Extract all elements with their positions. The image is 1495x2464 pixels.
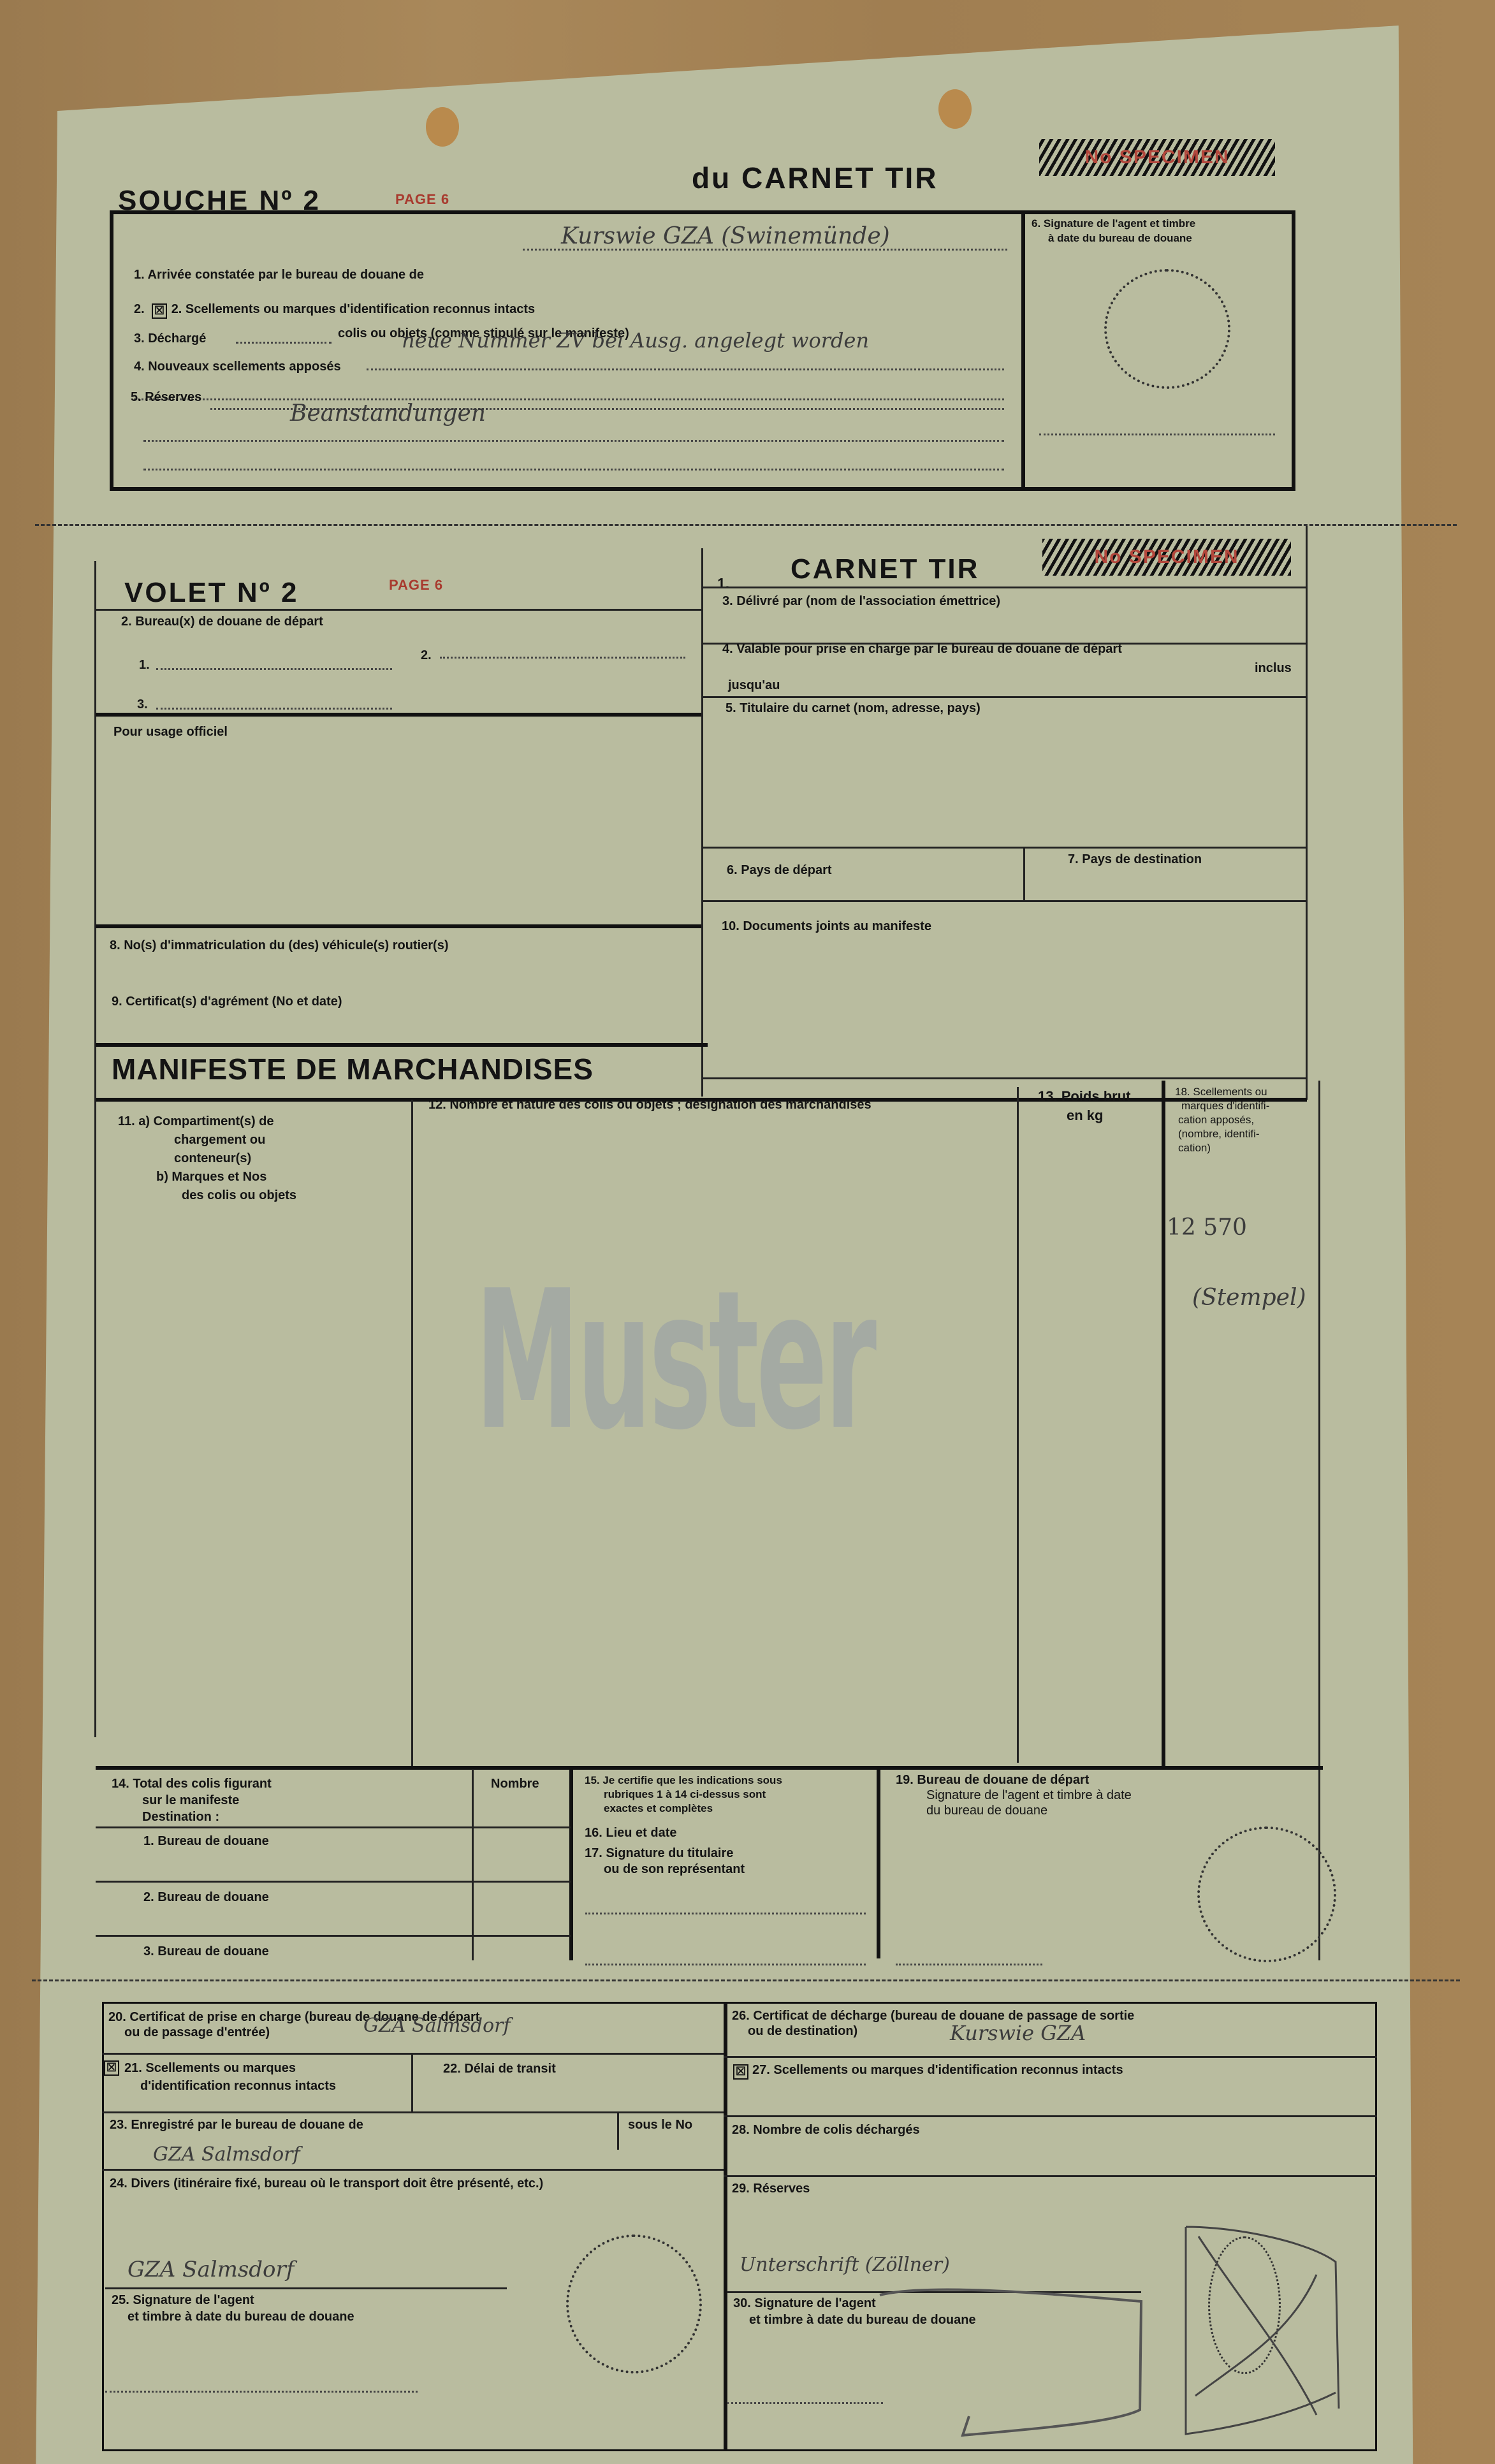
signature-line — [105, 2287, 507, 2289]
divider — [701, 847, 1307, 849]
stamp-circle-icon — [1104, 269, 1230, 389]
manifest-col-13-header: 13. Poids brut en kg — [1038, 1087, 1130, 1125]
muster-stamp: Muster — [475, 1250, 874, 1472]
souche-signature-line[interactable] — [1039, 434, 1275, 435]
divider — [724, 2175, 1377, 2177]
carnet-field-5-label: 5. Titulaire du carnet (nom, adresse, pa… — [726, 700, 981, 717]
divider — [96, 1826, 571, 1828]
manifest-col-18-header: 18. Scellements ou marques d'identifi- c… — [1175, 1085, 1269, 1155]
volet-field-2-input-2[interactable] — [440, 657, 685, 659]
cert-field-21-label: 21. Scellements ou marques d'identificat… — [124, 2059, 336, 2095]
cert-field-21-checkbox[interactable]: ☒ — [104, 2060, 119, 2076]
souche-field-1-label: 1. Arrivée constatée par le bureau de do… — [134, 266, 424, 284]
cert-25-signature-line[interactable] — [105, 2391, 418, 2393]
souche-field-6-label: 6. Signature de l'agent et timbre à date… — [1032, 217, 1195, 246]
manifest-col-12-header: 12. Nombre et nature des colis ou objets… — [428, 1097, 871, 1114]
volet-field-2-item-2: 2. — [421, 647, 432, 664]
totals-office-1: 1. Bureau de douane — [143, 1833, 269, 1850]
souche-field-2-label: 2.2. Scellements ou marques d'identifica… — [134, 301, 535, 318]
cert-field-27-checkbox[interactable]: ☒ — [733, 2064, 748, 2080]
official-use-label: Pour usage officiel — [113, 724, 228, 741]
souche-dotted-line — [143, 440, 1004, 442]
divider — [96, 1935, 571, 1937]
divider — [96, 609, 701, 611]
totals-office-2: 2. Bureau de douane — [143, 1889, 269, 1906]
carnet-field-4-until: jusqu'au — [728, 677, 780, 694]
divider — [701, 587, 1307, 588]
cert-field-24-value[interactable]: GZA Salmsdorf — [128, 2257, 294, 2282]
carnet-field-7-label: 7. Pays de destination — [1068, 851, 1202, 868]
souche-field-4-value[interactable]: neue Nummer ZV bei Ausg. angelegt worden — [402, 328, 869, 353]
cert-field-25-label: 25. Signature de l'agent et timbre à dat… — [112, 2292, 354, 2325]
totals-field-14-label: 14. Total des colis figurant sur le mani… — [112, 1775, 272, 1825]
divider — [1023, 847, 1025, 901]
divider — [701, 900, 1307, 902]
souche-divider — [1021, 210, 1025, 491]
cert-field-29-label: 29. Réserves — [732, 2180, 810, 2198]
certificates-center-divider — [724, 2002, 727, 2451]
totals-office-3: 3. Bureau de douane — [143, 1943, 269, 1960]
cert-field-22-label: 22. Délai de transit — [443, 2060, 556, 2078]
cert-field-27-label: 27. Scellements ou marques d'identificat… — [752, 2062, 1123, 2079]
cert-field-23-label: 23. Enregistré par le bureau de douane d… — [110, 2117, 363, 2134]
divider — [569, 1769, 573, 1960]
carnet-field-3-label: 3. Délivré par (nom de l'association éme… — [722, 593, 1000, 610]
souche-field-4-label: 4. Nouveaux scellements apposés — [134, 358, 341, 375]
cert-field-24-label: 24. Divers (itinéraire fixé, bureau où l… — [110, 2175, 543, 2192]
volet-left-border — [94, 561, 96, 1737]
specimen-stamp: No SPECIMEN — [1039, 139, 1275, 176]
divider — [96, 1766, 1323, 1770]
souche-field-5-label: 5. Réserves — [131, 389, 201, 406]
divider — [617, 2111, 619, 2150]
souche-field-3-label: 3. Déchargé — [134, 330, 206, 347]
volet-field-2-item-3: 3. — [137, 696, 148, 713]
volet-field-9-label: 9. Certificat(s) d'agrément (No et date) — [112, 993, 342, 1010]
cert-field-26-value[interactable]: Kurswie GZA — [950, 2021, 1086, 2045]
volet-field-2-item-1: 1. — [139, 657, 150, 674]
manifest-col-divider — [411, 1100, 413, 1766]
totals-field-17-label: 17. Signature du titulaire ou de son rep… — [585, 1846, 745, 1877]
perforation-line — [32, 1979, 1460, 1981]
volet-field-2-input-1[interactable] — [156, 668, 392, 670]
divider — [472, 1769, 474, 1960]
carnet-title: CARNET TIR — [791, 553, 979, 585]
divider — [701, 1077, 1307, 1079]
handwritten-arrow-icon — [873, 2263, 1154, 2442]
divider — [102, 2169, 724, 2171]
stamp-circle-icon — [1197, 1826, 1336, 1962]
volet-field-2-input-3[interactable] — [156, 708, 392, 710]
souche-field-3-line[interactable] — [236, 342, 332, 344]
carnet-field-4-inclus: inclus — [1255, 660, 1292, 677]
manifest-col-11-header: 11. a) Compartiment(s) de chargement ou … — [118, 1112, 296, 1205]
volet-center-border — [701, 548, 703, 1097]
totals-signature-line[interactable] — [585, 1964, 866, 1965]
divider — [96, 924, 701, 928]
divider — [724, 2115, 1377, 2117]
souche-page: PAGE 6 — [395, 191, 449, 208]
cert-field-28-label: 28. Nombre de colis déchargés — [732, 2122, 920, 2139]
perforation-line — [35, 524, 1457, 526]
souche-field-1-value[interactable]: Kurswie GZA (Swinemünde) — [561, 223, 890, 249]
manifest-right-border — [1318, 1081, 1320, 1960]
volet-title: VOLET Nº 2 — [124, 577, 298, 609]
volet-page: PAGE 6 — [389, 577, 443, 594]
divider — [96, 1043, 708, 1047]
souche-carnet-title: du CARNET TIR — [692, 161, 938, 195]
totals-field-15-label: 15. Je certifie que les indications sous… — [585, 1774, 782, 1816]
totals-signature-line[interactable] — [585, 1913, 866, 1914]
carnet-field-10-label: 10. Documents joints au manifeste — [722, 918, 931, 935]
totals-field-19-label: 19. Bureau de douane de départ Signature… — [896, 1772, 1132, 1818]
punch-hole-left — [426, 107, 459, 147]
punch-hole-right — [938, 89, 972, 129]
volet-field-2-label: 2. Bureau(x) de douane de départ — [121, 613, 323, 631]
carnet-field-4-label: 4. Valable pour prise en charge par le b… — [722, 641, 1122, 658]
cert-30-signature-line[interactable] — [727, 2402, 883, 2404]
souche-field-5-value[interactable]: Beanstandungen — [290, 400, 486, 426]
carnet-field-1-label: 1. — [717, 574, 729, 594]
cert-field-23-no: sous le No — [628, 2117, 692, 2134]
totals-19-signature-line[interactable] — [896, 1964, 1042, 1965]
manifest-title: MANIFESTE DE MARCHANDISES — [112, 1052, 594, 1086]
souche-field-4-line — [367, 368, 1004, 370]
totals-field-16-label: 16. Lieu et date — [585, 1825, 677, 1842]
souche-dotted-line — [134, 398, 1004, 400]
totals-nombre-header: Nombre — [491, 1775, 539, 1793]
cert-field-23-value[interactable]: GZA Salmsdorf — [153, 2143, 300, 2166]
souche-dotted-line — [143, 469, 1004, 470]
volet-field-8-label: 8. No(s) d'immatriculation du (des) véhi… — [110, 937, 449, 954]
divider — [701, 696, 1307, 698]
crossed-stamp-box-icon — [1183, 2224, 1342, 2440]
stamp-circle-icon — [566, 2234, 702, 2373]
manifest-col-18-note[interactable]: (Stempel) — [1192, 1285, 1306, 1311]
divider — [877, 1767, 880, 1958]
divider — [102, 2111, 724, 2113]
divider — [96, 713, 701, 717]
divider — [411, 2054, 413, 2111]
carnet-right-border — [1306, 526, 1308, 1100]
manifest-col-divider — [1017, 1087, 1019, 1763]
carnet-field-6-label: 6. Pays de départ — [727, 862, 832, 879]
divider — [96, 1881, 571, 1883]
cert-field-20-value[interactable]: GZA Salmsdorf — [363, 2015, 511, 2037]
manifest-col-18-value[interactable]: 12 570 — [1167, 1214, 1247, 1241]
specimen-stamp: No SPECIMEN — [1042, 539, 1291, 576]
divider — [724, 2056, 1377, 2058]
manifest-col-divider — [1162, 1081, 1165, 1769]
